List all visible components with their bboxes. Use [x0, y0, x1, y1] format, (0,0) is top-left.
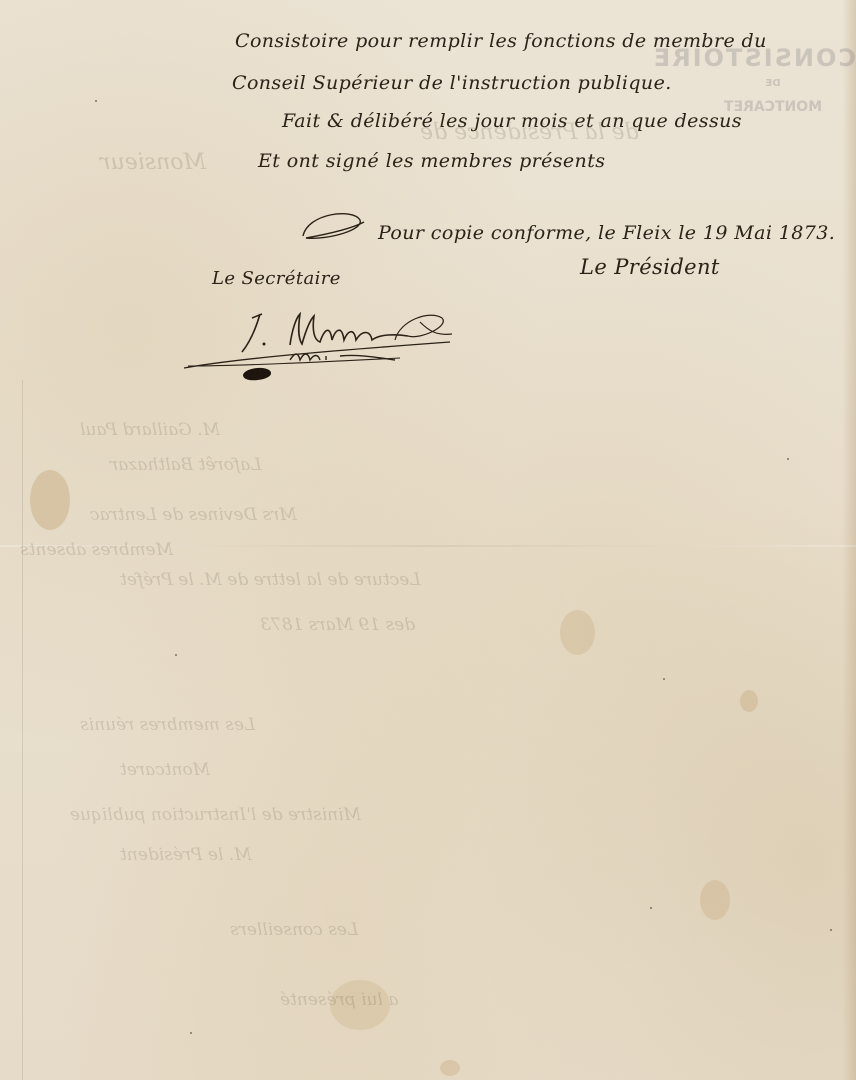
text-line-3: Fait & délibéré les jour mois et an que …: [282, 110, 742, 132]
speck: [663, 678, 665, 680]
margin-rule: [22, 380, 23, 1080]
paper-edge-shadow: [842, 0, 856, 1080]
foxing-stain: [30, 470, 70, 530]
bleed-through-text: Lecture de la lettre de M. le Préfet: [120, 570, 421, 590]
text-line-1: Consistoire pour remplir les fonctions d…: [235, 30, 767, 52]
flourish-icon: [298, 208, 368, 244]
speck: [650, 907, 652, 909]
bleed-through-text: des 19 Mars 1873: [260, 615, 415, 635]
speck: [787, 458, 789, 460]
document-page: CONSISTOIRE DE MONTCARET de la Présidenc…: [0, 0, 856, 1080]
foxing-stain: [700, 880, 730, 920]
president-label: Le Président: [580, 255, 720, 279]
bleed-through-text: Ministre de l'Instruction publique: [70, 805, 361, 825]
bleed-through-text: a lui présenté: [280, 990, 398, 1010]
speck: [175, 654, 177, 656]
stamp-line-2: DE: [690, 78, 856, 89]
speck: [190, 1032, 192, 1034]
secretary-label: Le Secrétaire: [212, 268, 341, 289]
foxing-stain: [560, 610, 595, 655]
speck: [95, 100, 97, 102]
bleed-through-text: Les conseillers: [230, 920, 358, 940]
text-line-4: Et ont signé les membres présents: [258, 150, 605, 172]
foxing-stain: [440, 1060, 460, 1076]
bleed-through-text: M. Gaillard Paul: [80, 420, 220, 440]
bleed-through-text: Monsieur: [100, 150, 206, 175]
bleed-through-text: M. le Président: [120, 845, 252, 865]
bleed-through-text: Les membres réunis: [80, 715, 255, 735]
foxing-stain: [740, 690, 758, 712]
bleed-through-text: Montcaret: [120, 760, 210, 780]
secretary-signature-icon: [180, 300, 470, 390]
bleed-through-text: Laforêt Balthazar: [110, 455, 262, 475]
bleed-through-text: Mrs Devines de Lentrac: [90, 505, 297, 525]
bleed-through-text: Membres absents: [20, 540, 173, 560]
speck: [830, 929, 832, 931]
certification-line: Pour copie conforme, le Fleix le 19 Mai …: [378, 222, 835, 244]
text-line-2: Conseil Supérieur de l'instruction publi…: [232, 72, 672, 94]
